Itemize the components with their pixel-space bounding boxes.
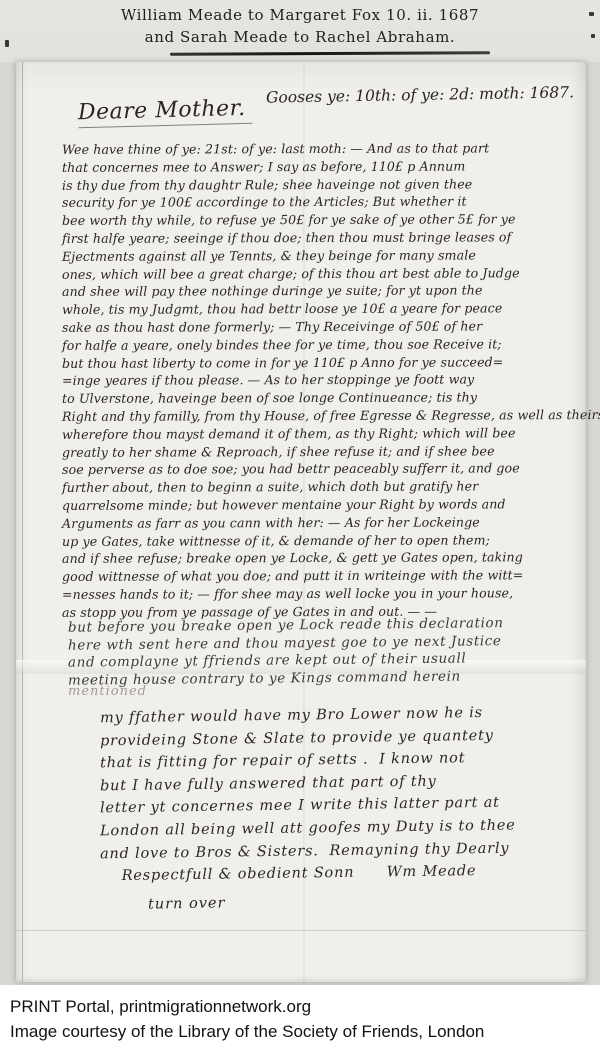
scan-speck xyxy=(589,12,594,16)
letter-line: up ye Gates, take wittnesse of it, & dem… xyxy=(62,531,582,551)
letter-line: for halfe a yeare, onely bindes thee for… xyxy=(62,335,582,355)
scan-speck xyxy=(591,34,595,38)
letter-line: Arguments as farr as you cann with her: … xyxy=(62,513,582,533)
letter-line: Ejectments against all ye Tennts, & they… xyxy=(62,246,582,266)
manuscript-sheet: Deare Mother. Gooses ye: 10th: of ye: 2d… xyxy=(16,62,586,982)
caption-band: William Meade to Margaret Fox 10. ii. 16… xyxy=(0,0,600,62)
letter-line: Wee have thine of ye: 21st: of ye: last … xyxy=(62,139,582,159)
letter-line: further about, then to beginn a suite, w… xyxy=(62,477,582,497)
letter-line: whole, tis my Judgmt, thou had bettr loo… xyxy=(62,299,582,319)
letter-line: wherefore thou mayst demand it of them, … xyxy=(62,424,582,444)
credit-courtesy: Image courtesy of the Library of the Soc… xyxy=(10,1019,600,1044)
dateline: Gooses ye: 10th: of ye: 2d: moth: 1687. xyxy=(266,83,574,106)
letter-line: =nesses hands to it; — ffor shee may as … xyxy=(62,584,582,604)
caption-underline xyxy=(170,51,490,55)
letter-line: but thou hast liberty to come in for ye … xyxy=(62,353,582,373)
letter-line: ones, which will bee a great charge; of … xyxy=(62,264,582,284)
letter-line: soe perverse as to doe soe; you had bett… xyxy=(62,459,582,479)
caption-subtitle: and Sarah Meade to Rachel Abraham. xyxy=(0,28,600,46)
scan-speck xyxy=(5,40,9,47)
letter-line: bee worth thy while, to refuse ye 50£ fo… xyxy=(62,210,582,230)
letter-line: to Ulverstone, haveinge been of soe long… xyxy=(62,388,582,408)
credit-footer: PRINT Portal, printmigrationnetwork.org … xyxy=(0,985,600,1049)
letter-line: security for ye 100£ accordinge to the A… xyxy=(62,192,582,212)
letter-line: that concernes mee to Answer; I say as b… xyxy=(62,157,582,177)
turn-over-note: turn over xyxy=(148,895,226,912)
letter-insertion: but before you breake open ye Lock reade… xyxy=(68,617,576,687)
scanned-letter-page: William Meade to Margaret Fox 10. ii. 16… xyxy=(0,0,600,1049)
faint-word: mentioned xyxy=(68,684,147,699)
credit-portal: PRINT Portal, printmigrationnetwork.org xyxy=(10,994,600,1019)
letter-line: first halfe yeare; seeinge if thou doe; … xyxy=(62,228,582,248)
letter-line: greatly to her shame & Reproach, if shee… xyxy=(62,442,582,462)
caption-title: William Meade to Margaret Fox 10. ii. 16… xyxy=(0,6,600,24)
letter-line: and shee will pay thee nothinge duringe … xyxy=(62,281,582,301)
letter-line: Right and thy familly, from thy House, o… xyxy=(62,406,582,426)
letter-line: is thy due from thy daughtr Rule; shee h… xyxy=(62,175,582,195)
letter-line: =inge yeares if thou please. — As to her… xyxy=(62,370,582,390)
letter-postscript: my ffather would have my Bro Lower now h… xyxy=(100,704,578,885)
letter-body: Wee have thine of ye: 21st: of ye: last … xyxy=(62,140,582,621)
letter-line: quarrelsome minde; but however mentaine … xyxy=(62,495,582,515)
letter-line: and if shee refuse; breake open ye Locke… xyxy=(62,548,582,568)
paper-crease xyxy=(16,930,586,931)
letter-line: good wittnesse of what you doe; and putt… xyxy=(62,566,582,586)
letter-line: sake as thou hast done formerly; — Thy R… xyxy=(62,317,582,337)
salutation: Deare Mother. xyxy=(78,96,252,129)
paper-edge xyxy=(22,62,23,982)
